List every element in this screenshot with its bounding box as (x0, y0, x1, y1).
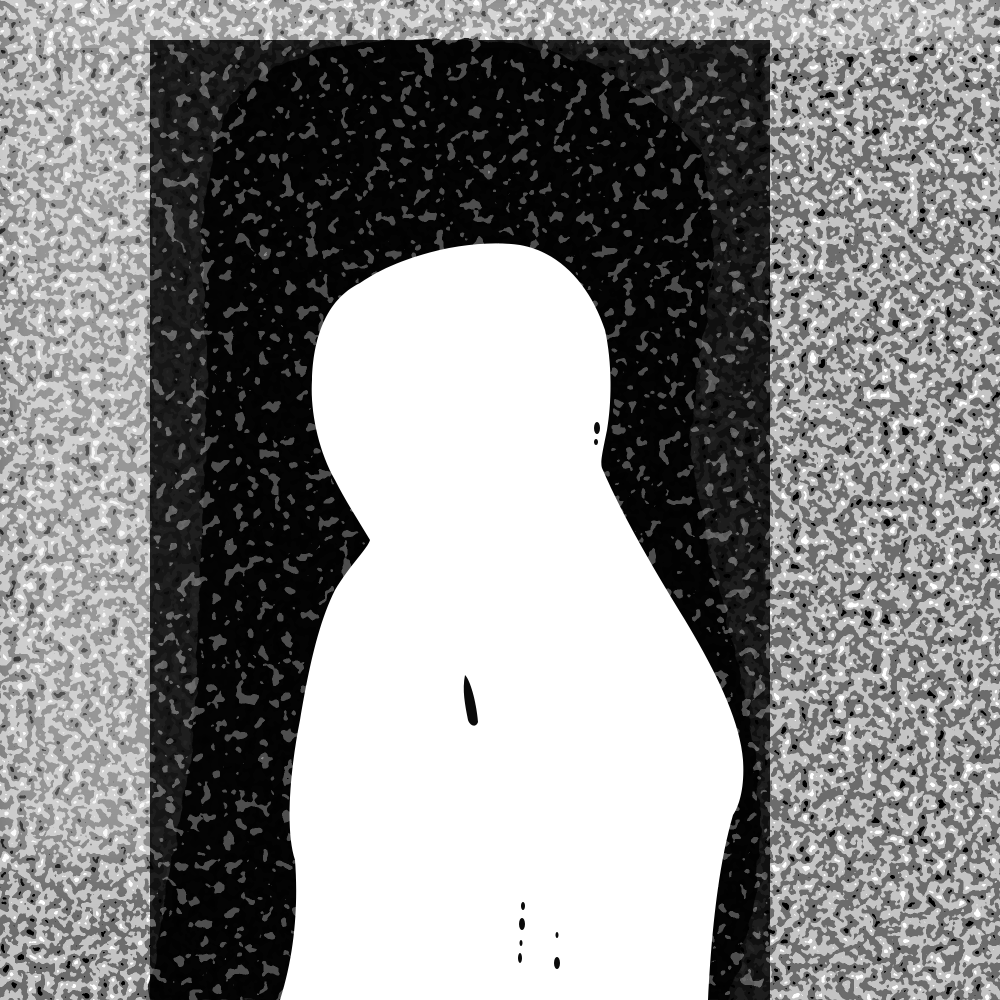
print-canvas (0, 0, 1000, 1000)
top-light-band (0, 0, 1000, 40)
head-dot-mark (594, 422, 600, 434)
print-artwork: Monochrome aquatint-style print of a whi… (0, 0, 1000, 1000)
head-dot-mark (594, 439, 598, 445)
